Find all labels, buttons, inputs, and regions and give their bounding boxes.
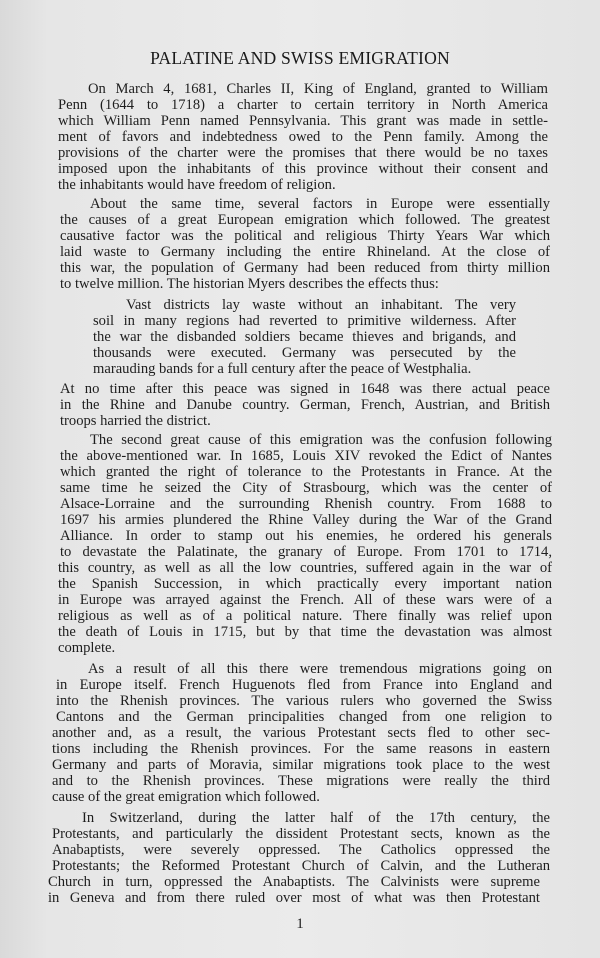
text-line: marauding bands for a full century after… <box>93 361 516 377</box>
text-line: causative factor was the political and r… <box>60 228 550 244</box>
text-line: to twelve million. The historian Myers d… <box>60 276 550 292</box>
text-line: Vast districts lay waste without an inha… <box>126 297 516 313</box>
text-line: The second great cause of this emigratio… <box>90 432 552 448</box>
text-line: which granted the right of tolerance to … <box>60 464 552 480</box>
text-line: which William Penn named Pennsylvania. T… <box>58 113 548 129</box>
text-line: About the same time, several factors in … <box>90 196 550 212</box>
text-line: religious as well as of a political natu… <box>58 608 552 624</box>
text-line: in Europe was arrayed against the French… <box>58 592 552 608</box>
text-line: the Spanish Succession, in which practic… <box>58 576 552 592</box>
text-line: Anabaptists, were severely oppressed. Th… <box>52 842 550 858</box>
text-line: laid waste to Germany including the enti… <box>60 244 550 260</box>
text-line: Church in turn, oppressed the Anabaptist… <box>48 874 540 890</box>
text-line: the death of Louis in 1715, but by that … <box>58 624 552 640</box>
text-line: Penn (1644 to 1718) a charter to certain… <box>58 97 548 113</box>
text-line: troops harried the district. <box>60 413 550 429</box>
text-line: in Europe itself. French Huguenots fled … <box>56 677 552 693</box>
text-line: in Geneva and from there ruled over most… <box>48 890 540 906</box>
text-line: Protestants, and particularly the dissid… <box>52 826 550 842</box>
text-line: same time he seized the City of Strasbou… <box>60 480 552 496</box>
document-page: PALATINE AND SWISS EMIGRATION On March 4… <box>0 0 600 958</box>
text-line: provisions of the charter were the promi… <box>58 145 548 161</box>
text-line: the inhabitants would have freedom of re… <box>58 177 548 193</box>
text-line: and to the Rhenish provinces. These migr… <box>52 773 550 789</box>
page-title: PALATINE AND SWISS EMIGRATION <box>0 48 600 69</box>
text-line: On March 4, 1681, Charles II, King of En… <box>88 81 548 97</box>
text-line: the causes of a great European emigratio… <box>60 212 550 228</box>
text-line: to devastate the Palatinate, the granary… <box>60 544 552 560</box>
text-line: Protestants; the Reformed Protestant Chu… <box>52 858 550 874</box>
text-line: ment of favors and indebtedness owed to … <box>58 129 548 145</box>
page-number: 1 <box>0 916 600 933</box>
text-line: Germany and parts of Moravia, similar mi… <box>52 757 550 773</box>
text-line: At no time after this peace was signed i… <box>60 381 550 397</box>
text-line: As a result of all this there were treme… <box>88 661 552 677</box>
text-line: into the Rhenish provinces. The various … <box>56 693 552 709</box>
text-line: soil in many regions had reverted to pri… <box>93 313 516 329</box>
text-line: imposed upon the inhabitants of this pro… <box>58 161 548 177</box>
text-line: the above-mentioned war. In 1685, Louis … <box>60 448 552 464</box>
text-line: thousands were executed. Germany was per… <box>93 345 516 361</box>
text-line: cause of the great emigration which foll… <box>52 789 550 805</box>
text-line: the war the disbanded soldiers became th… <box>93 329 516 345</box>
text-line: Alsace-Lorraine and the surrounding Rhen… <box>60 496 552 512</box>
text-line: Cantons and the German principalities ch… <box>56 709 552 725</box>
text-line: 1697 his armies plundered the Rhine Vall… <box>60 512 552 528</box>
text-line: another and, as a result, the various Pr… <box>52 725 550 741</box>
text-line: tions including the Rhenish provinces. F… <box>52 741 550 757</box>
text-line: In Switzerland, during the latter half o… <box>82 810 550 826</box>
text-line: this country, as well as all the low cou… <box>58 560 552 576</box>
text-line: in the Rhine and Danube country. German,… <box>60 397 550 413</box>
text-line: this war, the population of Germany had … <box>60 260 550 276</box>
text-line: Alliance. In order to stamp out his enem… <box>60 528 552 544</box>
text-line: complete. <box>58 640 552 656</box>
